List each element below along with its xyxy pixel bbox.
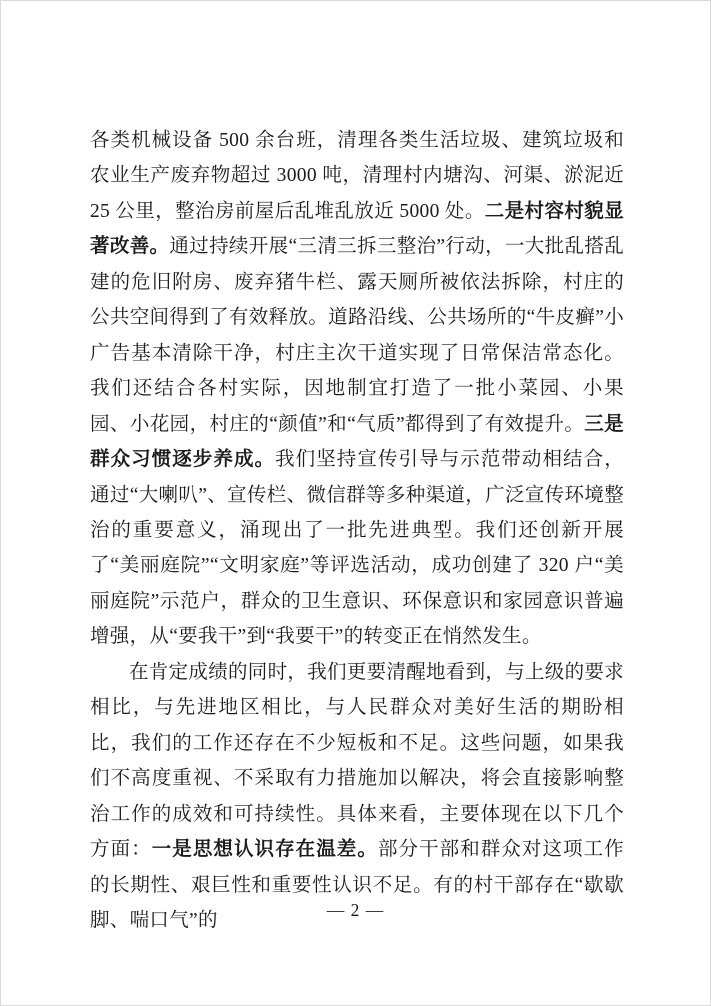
- document-page: 各类机械设备 500 余台班，清理各类生活垃圾、建筑垃圾和农业生产废弃物超过 3…: [0, 0, 711, 1006]
- page-number: — 2 —: [1, 899, 710, 921]
- paragraph: 各类机械设备 500 余台班，清理各类生活垃圾、建筑垃圾和农业生产废弃物超过 3…: [90, 123, 624, 655]
- text-run-bold: 一是思想认识存在温差。: [152, 839, 378, 860]
- text-run: 在肯定成绩的同时，我们更要清醒地看到，与上级的要求相比，与先进地区相比，与人民群…: [90, 662, 624, 860]
- document-body: 各类机械设备 500 余台班，清理各类生活垃圾、建筑垃圾和农业生产废弃物超过 3…: [90, 123, 624, 938]
- text-run: 我们坚持宣传引导与示范带动相结合，通过“大喇叭”、宣传栏、微信群等多种渠道，广泛…: [90, 449, 624, 647]
- text-run: 通过持续开展“三清三拆三整治”行动，一大批乱搭乱建的危旧附房、废弃猪牛栏、露天厕…: [90, 236, 624, 434]
- paragraph: 在肯定成绩的同时，我们更要清醒地看到，与上级的要求相比，与先进地区相比，与人民群…: [90, 655, 624, 939]
